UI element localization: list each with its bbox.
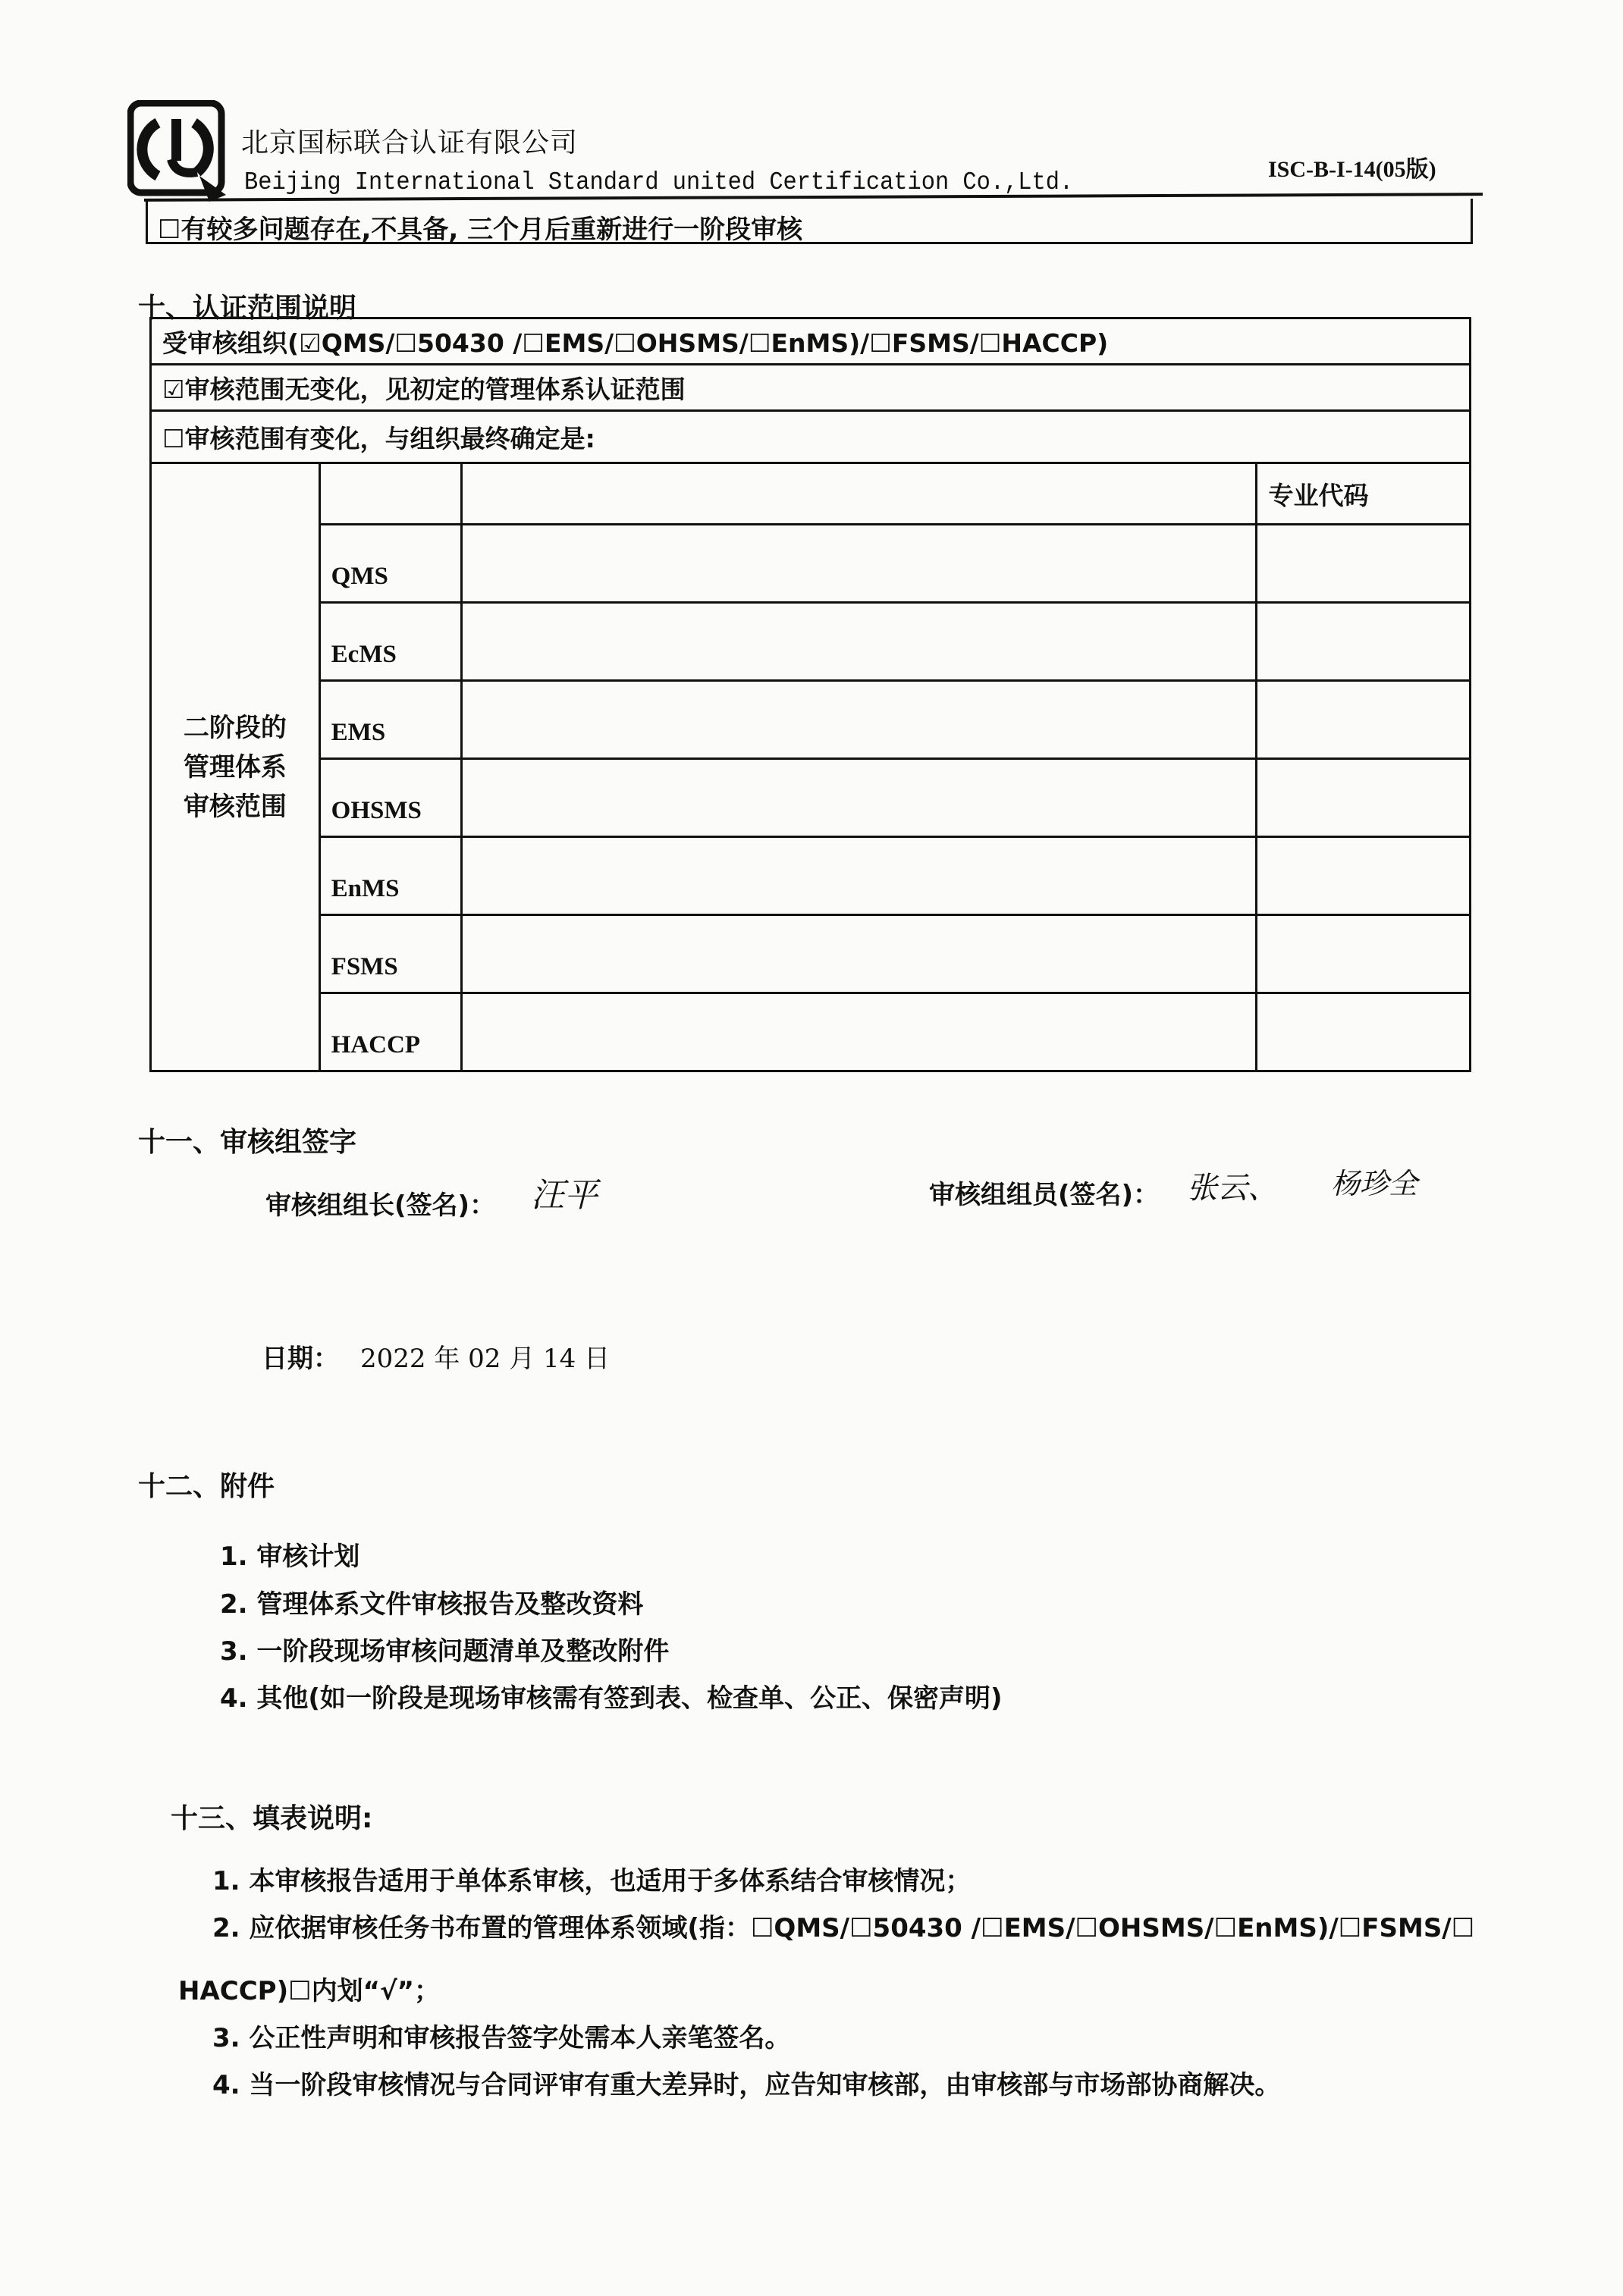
form-code: ISC-B-I-14(05版) — [1268, 150, 1436, 183]
system-name: EcMS — [319, 603, 461, 681]
attachment-item: 2. 管理体系文件审核报告及整改资料 — [220, 1583, 643, 1620]
code-input[interactable] — [1257, 915, 1471, 993]
scope-input[interactable] — [461, 525, 1257, 603]
team-member-signature-1[interactable]: 张云、 — [1187, 1164, 1278, 1207]
table-row: FSMS — [151, 915, 1471, 993]
checkbox-fsms[interactable]: ☐ — [869, 328, 892, 358]
table-row: OHSMS — [151, 759, 1471, 837]
code-input[interactable] — [1257, 759, 1471, 837]
team-leader-signature[interactable]: 汪平 — [531, 1168, 598, 1216]
checkbox-ems[interactable]: ☐ — [522, 328, 545, 358]
checkbox-qms[interactable]: ☑ — [299, 328, 322, 358]
table-row: EcMS — [151, 603, 1471, 681]
system-name: QMS — [319, 525, 461, 603]
system-name: OHSMS — [319, 759, 461, 837]
checkbox-ohsms[interactable]: ☐ — [614, 328, 636, 358]
company-name-en: Beijing International Standard united Ce… — [244, 168, 1073, 196]
company-name-cn: 北京国标联合认证有限公司 — [241, 121, 578, 160]
checkbox-enms[interactable]: ☐ — [749, 328, 771, 358]
code-input[interactable] — [1257, 993, 1471, 1071]
scope-input[interactable] — [461, 759, 1257, 837]
scope-unchanged-row: ☑审核范围无变化，见初定的管理体系认证范围 — [151, 365, 1471, 411]
scope-header-row: 二阶段的 管理体系 审核范围 专业代码 — [151, 463, 1471, 525]
isc-logo-icon — [127, 100, 234, 202]
checkbox-haccp[interactable]: ☐ — [979, 328, 1002, 358]
instruction-item: 4. 当一阶段审核情况与合同评审有重大差异时，应告知审核部，由审核部与市场部协商… — [212, 2064, 1280, 2101]
scope-changed-row: ☐审核范围有变化，与组织最终确定是: — [151, 411, 1471, 463]
scope-input[interactable] — [461, 681, 1257, 759]
code-input[interactable] — [1257, 525, 1471, 603]
instruction-item: 1. 本审核报告适用于单体系审核，也适用于多体系结合审核情况； — [212, 1860, 971, 1897]
scope-input[interactable] — [461, 993, 1257, 1071]
table-row: EnMS — [151, 837, 1471, 915]
checkbox-50430[interactable]: ☐ — [394, 328, 417, 358]
system-name: FSMS — [319, 915, 461, 993]
date-value: 2022 年 02 月 14 日 — [360, 1338, 610, 1375]
system-name: EMS — [319, 681, 461, 759]
section-13-title: 十三、填表说明: — [171, 1797, 372, 1836]
scope-input[interactable] — [461, 603, 1257, 681]
section-12-title: 十二、附件 — [138, 1465, 275, 1504]
team-members-label: 审核组组员(签名)： — [929, 1174, 1159, 1211]
instruction-item: 3. 公正性声明和审核报告签字处需本人亲笔签名。 — [212, 2017, 790, 2054]
team-member-signature-2[interactable]: 杨珍全 — [1331, 1160, 1417, 1202]
checkbox-scope-unchanged[interactable]: ☑ — [162, 375, 185, 404]
previous-row-option: ☐有较多问题存在,不具备, 三个月后重新进行一阶段审核 — [158, 209, 802, 246]
checkbox-scope-changed[interactable]: ☐ — [162, 424, 185, 453]
system-name: EnMS — [319, 837, 461, 915]
code-input[interactable] — [1257, 603, 1471, 681]
audited-org-cell: 受审核组织(☑QMS/☐50430 /☐EMS/☐OHSMS/☐EnMS)/☐F… — [151, 318, 1471, 365]
table-row: HACCP — [151, 993, 1471, 1071]
system-name: HACCP — [319, 993, 461, 1071]
table-row: EMS — [151, 681, 1471, 759]
code-input[interactable] — [1257, 681, 1471, 759]
certification-scope-table: 受审核组织(☑QMS/☐50430 /☐EMS/☐OHSMS/☐EnMS)/☐F… — [149, 317, 1471, 1072]
table-row: QMS — [151, 525, 1471, 603]
scope-input[interactable] — [461, 915, 1257, 993]
attachment-item: 4. 其他(如一阶段是现场审核需有签到表、检查单、公正、保密声明) — [220, 1677, 1003, 1714]
code-input[interactable] — [1257, 837, 1471, 915]
column-header-code: 专业代码 — [1257, 463, 1471, 525]
instruction-item-continued: HACCP)☐内划“√”； — [178, 1970, 440, 2007]
attachment-item: 1. 审核计划 — [220, 1535, 359, 1573]
attachment-item: 3. 一阶段现场审核问题清单及整改附件 — [220, 1630, 669, 1667]
stage2-scope-label: 二阶段的 管理体系 审核范围 — [151, 463, 320, 1071]
team-leader-label: 审核组组长(签名)： — [265, 1184, 495, 1222]
instruction-item: 2. 应依据审核任务书布置的管理体系领域(指：☐QMS/☐50430 /☐EMS… — [212, 1907, 1474, 1944]
date-label: 日期： — [262, 1338, 339, 1375]
audited-org-row: 受审核组织(☑QMS/☐50430 /☐EMS/☐OHSMS/☐EnMS)/☐F… — [151, 318, 1471, 365]
scope-input[interactable] — [461, 837, 1257, 915]
section-11-title: 十一、审核组签字 — [138, 1121, 356, 1159]
checkbox-unchecked[interactable]: ☐ — [158, 215, 181, 245]
